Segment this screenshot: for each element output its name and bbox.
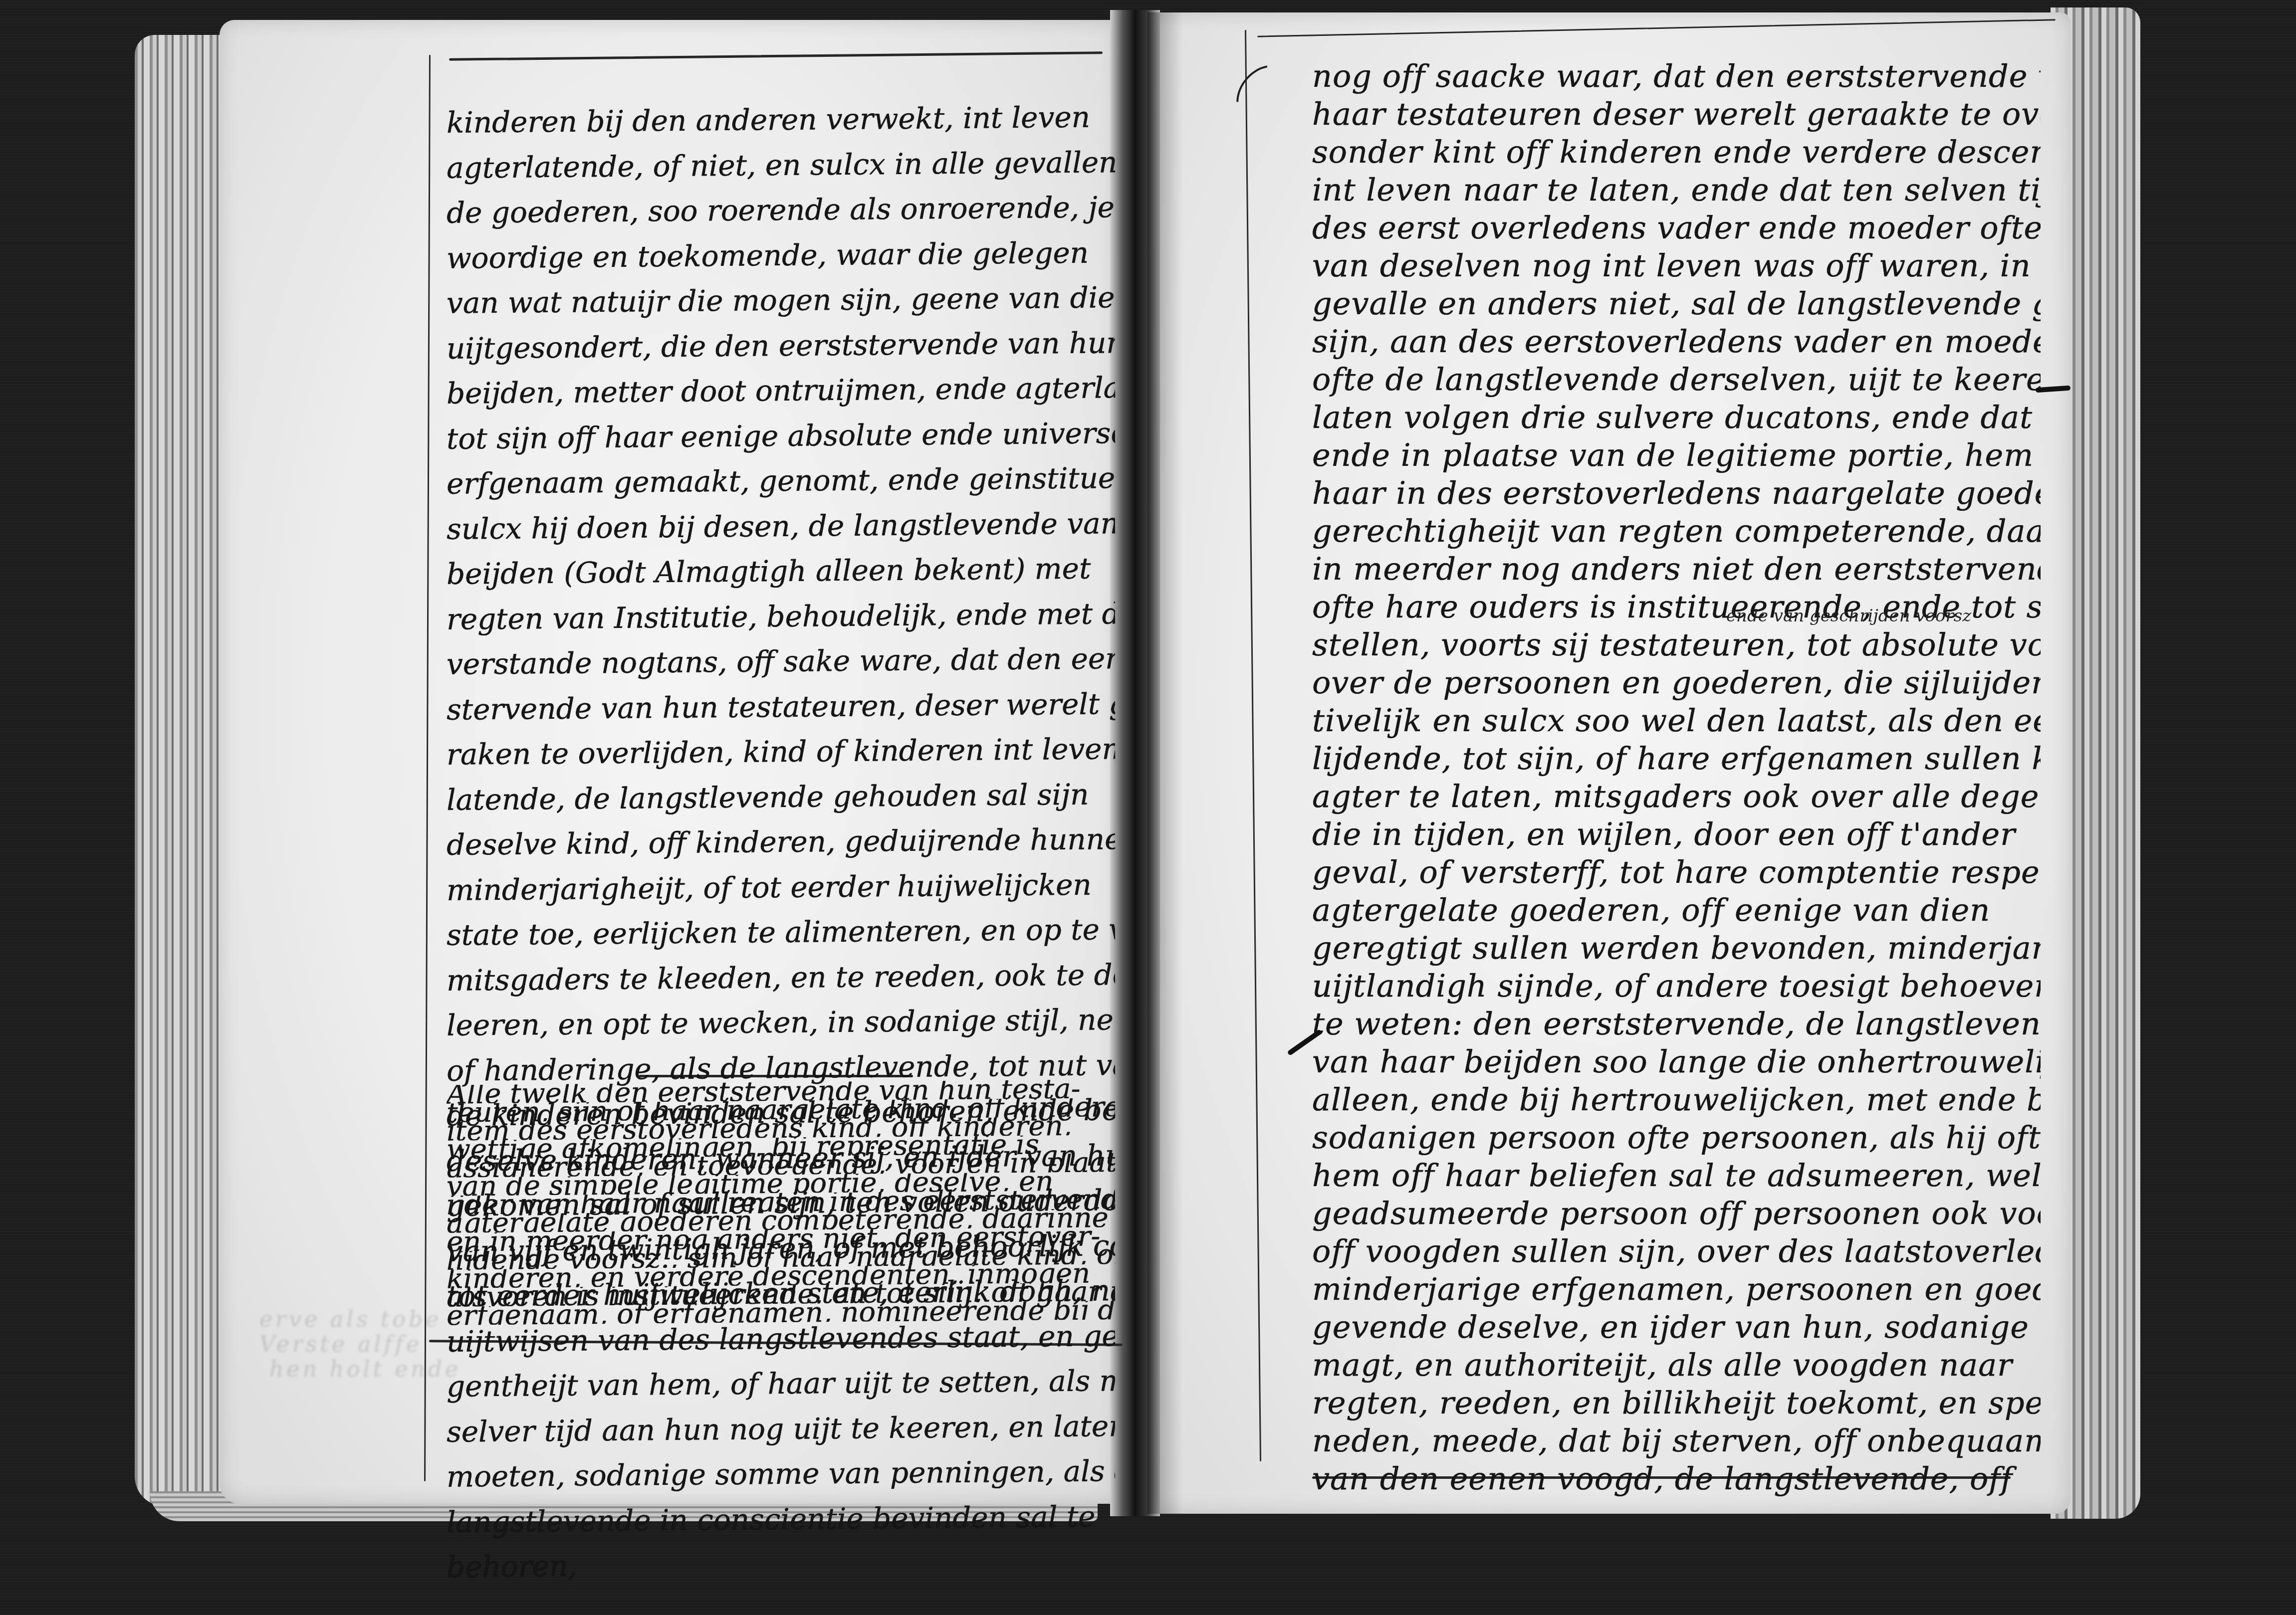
manuscript-line: geregtigt sullen werden bevonden, minder… [1312, 929, 2041, 967]
manuscript-line: van haar beijden soo lange die onhertrou… [1312, 1043, 2041, 1081]
page-stack-edge-left [135, 35, 230, 1506]
manuscript-line: deselve kind, off kinderen, geduijrende … [447, 816, 1116, 867]
manuscript-line: regten, reeden, en billikheijt toekomt, … [1312, 1384, 2041, 1422]
manuscript-line: magt, en authoriteijt, als alle voogden … [1312, 1346, 2041, 1384]
manuscript-line: uijtlandigh sijnde, of andere toesigt be… [1312, 967, 2041, 1005]
manuscript-line: geadsumeerde persoon off persoonen ook v… [1312, 1195, 2041, 1232]
manuscript-line: beijden, metter doot ontruijmen, ende ag… [447, 365, 1116, 416]
manuscript-line: haar in des eerstoverledens naargelate g… [1312, 474, 2041, 512]
manuscript-line: geval, of versterff, tot hare comptentie… [1312, 853, 2041, 891]
manuscript-line: alleen, ende bij hertrouwelijcken, met e… [1312, 1081, 2041, 1119]
manuscript-line: agter te laten, mitsgaders ook over alle… [1312, 778, 2041, 815]
manuscript-line: agterlatende, of niet, en sulcx in alle … [447, 140, 1116, 191]
manuscript-line: gentheijt van hem, of haar uijt te sette… [447, 1358, 1116, 1409]
manuscript-line: ofte de langstlevende derselven, uijt te… [1312, 361, 2041, 399]
manuscript-line: gerechtigheijt van regten competerende, … [1312, 512, 2041, 550]
bleed-through-text: hen holt ende [269, 1357, 461, 1382]
manuscript-line: laten volgen drie sulvere ducatons, ende… [1312, 399, 2041, 436]
manuscript-line: tivelijk en sulcx soo wel den laatst, al… [1312, 702, 2041, 740]
manuscript-line: van deselven nog int leven was off waren… [1312, 247, 2041, 285]
manuscript-line: leeren, en opt te wecken, in sodanige st… [447, 997, 1116, 1048]
manuscript-line: minderjarige erfgenamen, persoonen en go… [1312, 1270, 2041, 1308]
right-page-text: nog off saacke waar, dat den eerststerve… [1312, 57, 2041, 1498]
manuscript-line: de goederen, soo roerende als onroerende… [447, 185, 1116, 235]
manuscript-line: langstlevende in conscientie bevinden sa… [447, 1494, 1116, 1545]
manuscript-line: sonder kint off kinderen ende verdere de… [1312, 133, 2041, 171]
manuscript-line: nog off saacke waar, dat den eerststerve… [1312, 57, 2041, 95]
manuscript-line: int leven naar te laten, ende dat ten se… [1312, 171, 2041, 209]
manuscript-line: selver tijd aan hun nog uijt te keeren, … [447, 1404, 1116, 1454]
manuscript-line: haar testateuren deser werelt geraakte t… [1312, 95, 2041, 133]
manuscript-line: ende in plaatse van de legitieme portie,… [1312, 436, 2041, 474]
manuscript-line: over de persoonen en goederen, die sijlu… [1312, 664, 2041, 702]
manuscript-line: uijtgesondert, die den eerststervende va… [447, 320, 1116, 371]
manuscript-line: van den eenen voogd, de langstlevende, o… [1312, 1460, 2041, 1498]
manuscript-line: in meerder nog anders niet den eerstster… [1312, 550, 2041, 588]
manuscript-line: sulcx hij doen bij desen, de langstleven… [447, 501, 1116, 552]
bleed-through-text: erve als tobe [259, 1307, 442, 1332]
manuscript-line: tot sijn off haar eenige absolute ende u… [447, 410, 1116, 461]
manuscript-line: raken te overlijden, kind of kinderen in… [447, 726, 1116, 777]
manuscript-line: hem off haar beliefen sal te adsumeeren,… [1312, 1157, 2041, 1195]
manuscript-line: lijdende, tot sijn, of hare erfgenamen s… [1312, 740, 2041, 778]
manuscript-line: minderjarigheijt, of tot eerder huijweli… [447, 862, 1116, 913]
manuscript-line: stellen, voorts sij testateuren, tot abs… [1312, 626, 2041, 664]
manuscript-line: van wat natuijr die mogen sijn, geene va… [447, 275, 1116, 326]
manuscript-line: state toe, eerlijcken te alimenteren, en… [447, 907, 1116, 958]
manuscript-line: verstande nogtans, off sake ware, dat de… [447, 636, 1116, 687]
manuscript-line: woordige en toekomende, waar die gelegen [447, 230, 1116, 281]
manuscript-line: gevalle en anders niet, sal de langstlev… [1312, 285, 2041, 323]
bleed-through-text: Verste alffe [259, 1332, 422, 1357]
manuscript-line: moeten, sodanige somme van penningen, al… [447, 1448, 1116, 1499]
manuscript-line: regten van Institutie, behoudelijk, ende… [447, 591, 1116, 642]
manuscript-line: te weten: den eerststervende, de langstl… [1312, 1005, 2041, 1043]
interlinear-insertion: ende van geschrijden voorsz [1726, 606, 1971, 626]
manuscript-line: off voogden sullen sijn, over des laatst… [1312, 1232, 2041, 1270]
manuscript-line: erfgenaam gemaakt, genomt, ende geinstit… [447, 455, 1116, 506]
manuscript-line: sodanigen persoon ofte persoonen, als hi… [1312, 1119, 2041, 1157]
manuscript-line: gevende deselve, en ijder van hun, sodan… [1312, 1308, 2041, 1346]
manuscript-line: beijden (Godt Almagtigh alleen bekent) m… [447, 546, 1116, 597]
manuscript-line: kinderen bij den anderen verwekt, int le… [447, 94, 1116, 145]
manuscript-line: mitsgaders te kleeden, en te reeden, ook… [447, 952, 1116, 1003]
manuscript-line: neden, meede, dat bij sterven, off onbeq… [1312, 1422, 2041, 1460]
manuscript-line: die in tijden, en wijlen, door een off t… [1312, 815, 2041, 853]
manuscript-line: sijn, aan des eerstoverledens vader en m… [1312, 323, 2041, 361]
left-page-paragraph-2: Alle twelk den eerststervende van hun te… [447, 1082, 1115, 1322]
manuscript-line: agtergelate goederen, off eenige van die… [1312, 891, 2041, 929]
manuscript-line: latende, de langstlevende gehouden sal s… [447, 772, 1116, 822]
gutter-shadow [1148, 12, 1182, 1514]
manuscript-line: des eerst overledens vader ende moeder o… [1312, 209, 2041, 247]
manuscript-line: behoren, [447, 1539, 1116, 1590]
left-page-paragraph-1: kinderen bij den anderen verwekt, int le… [447, 97, 1115, 1587]
manuscript-line: stervende van hun testateuren, deser wer… [447, 681, 1116, 732]
